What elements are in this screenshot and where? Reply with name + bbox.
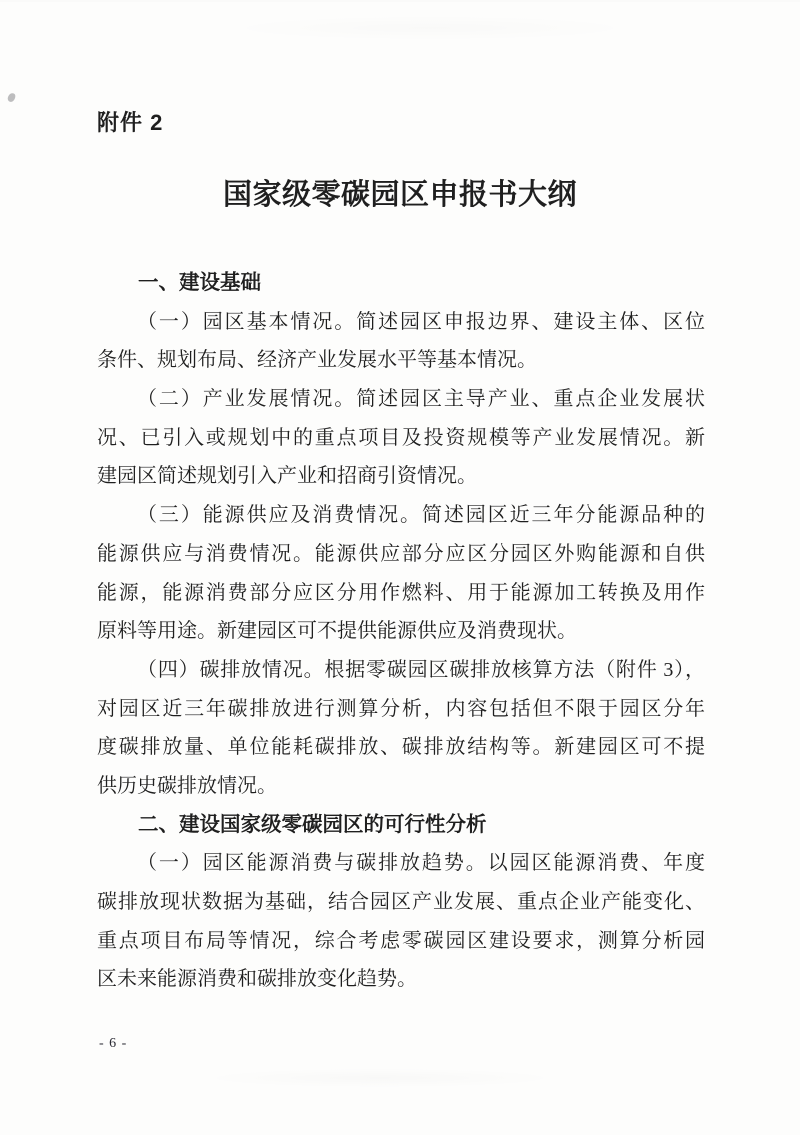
text-line: 供历史碳排放情况。 xyxy=(97,767,705,806)
text-line: 重点项目布局等情况，综合考虑零碳园区建设要求，测算分析园 xyxy=(97,922,705,961)
text-line: 区未来能源消费和碳排放变化趋势。 xyxy=(97,960,705,999)
text-line: 度碳排放量、单位能耗碳排放、碳排放结构等。新建园区可不提 xyxy=(97,728,705,767)
text-line: 建园区简述规划引入产业和招商引资情况。 xyxy=(97,457,705,496)
page-number: - 6 - xyxy=(99,1036,127,1052)
text-line: 对园区近三年碳排放进行测算分析，内容包括但不限于园区分年 xyxy=(97,690,705,729)
text-line: （一）园区基本情况。简述园区申报边界、建设主体、区位 xyxy=(97,303,705,342)
document-page: 附件 2 国家级零碳园区申报书大纲 一、建设基础（一）园区基本情况。简述园区申报… xyxy=(0,0,800,1135)
text-line: （二）产业发展情况。简述园区主导产业、重点企业发展状 xyxy=(97,380,705,419)
text-line: 况、已引入或规划中的重点项目及投资规模等产业发展情况。新 xyxy=(97,419,705,458)
section-heading: 一、建设基础 xyxy=(97,264,705,303)
attachment-label: 附件 2 xyxy=(97,111,163,135)
document-body: 一、建设基础（一）园区基本情况。简述园区申报边界、建设主体、区位条件、规划布局、… xyxy=(97,264,705,999)
section-heading: 二、建设国家级零碳园区的可行性分析 xyxy=(97,806,705,845)
text-line: 条件、规划布局、经济产业发展水平等基本情况。 xyxy=(97,341,705,380)
text-line: 原料等用途。新建园区可不提供能源供应及消费现状。 xyxy=(97,612,705,651)
text-line: （一）园区能源消费与碳排放趋势。以园区能源消费、年度 xyxy=(97,844,705,883)
text-line: （四）碳排放情况。根据零碳园区碳排放核算方法（附件 3）， xyxy=(97,651,705,690)
document-title: 国家级零碳园区申报书大纲 xyxy=(0,179,800,212)
text-line: 碳排放现状数据为基础，结合园区产业发展、重点企业产能变化、 xyxy=(97,883,705,922)
text-line: 能源，能源消费部分应区分用作燃料、用于能源加工转换及用作 xyxy=(97,574,705,613)
text-line: （三）能源供应及消费情况。简述园区近三年分能源品种的 xyxy=(97,496,705,535)
text-line: 能源供应与消费情况。能源供应部分应区分园区外购能源和自供 xyxy=(97,535,705,574)
scan-smudge xyxy=(7,92,16,103)
